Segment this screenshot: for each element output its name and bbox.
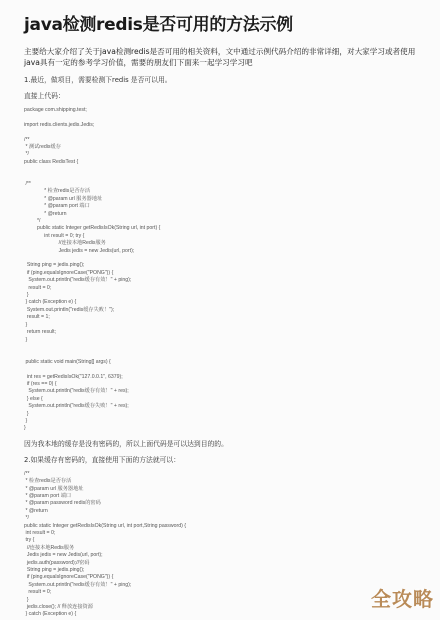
code-line: } (24, 411, 424, 418)
code-line: } (24, 322, 424, 329)
code-line: } (24, 597, 424, 604)
code-line: /** (24, 471, 424, 478)
code-line: } (24, 337, 424, 344)
code-line (24, 129, 424, 136)
code-line: result = 1; (24, 314, 424, 321)
code-block-2: /** * 检查redis是否存活 * @param url 服务器地址 * @… (24, 471, 424, 619)
code-line: } else { (24, 396, 424, 403)
code-line: package com.shipping.test; (24, 107, 424, 114)
code-line (24, 255, 424, 262)
code-line: } (24, 292, 424, 299)
code-line: public static Integer getRedisIsOk(Strin… (24, 225, 424, 232)
code-line (24, 366, 424, 373)
code-line: public static void main(String[] args) { (24, 359, 424, 366)
code-line: String ping = jedis.ping(); (24, 262, 424, 269)
code-line: */ (24, 218, 424, 225)
code-line: int result = 0; (24, 530, 424, 537)
code-line: result = 0; (24, 285, 424, 292)
code-line (24, 166, 424, 173)
code-line: * 检查redis是否存活 (24, 188, 424, 195)
code-line: System.out.println("redis缓存失败！"); (24, 307, 424, 314)
step-2-text: 2.如果缓存有密码的，直接使用下面的方法就可以： (24, 455, 424, 465)
code-line: * @return (24, 508, 424, 515)
code-line (24, 344, 424, 351)
code-line: System.out.println("redis缓存有效！" + ping); (24, 582, 424, 589)
code-line: String ping = jedis.ping(); (24, 567, 424, 574)
code-line: int res = getRedisIsOk("127.0.0.1", 6379… (24, 374, 424, 381)
code-line: public class RedisTest { (24, 159, 424, 166)
code-line: //连接本地Redis服务 (24, 240, 424, 247)
code-line: * 测试redis缓存 (24, 144, 424, 151)
article-intro: 主要给大家介绍了关于java检测redis是否可用的相关资料，文中通过示例代码介… (24, 46, 424, 68)
code-line: * @param url 服务器地址 (24, 486, 424, 493)
code-line: * @param port 端口 (24, 203, 424, 210)
code-line (24, 351, 424, 358)
note-text: 因为我本地的缓存是没有密码的，所以上面代码是可以达到目的的。 (24, 439, 424, 449)
code-line: } (24, 425, 424, 432)
code-line: * @param password redis的密码 (24, 500, 424, 507)
code-line: public static Integer getRedisIsOk(Strin… (24, 523, 424, 530)
code-line: try { (24, 537, 424, 544)
code-line: } catch (Exception e) { (24, 299, 424, 306)
code-line: /** (24, 137, 424, 144)
watermark-logo: 全攻略 (371, 583, 434, 612)
direct-code-label: 直接上代码： (24, 91, 424, 101)
step-1-text: 1.最近，做项目，需要检测下redis 是否可以用。 (24, 75, 424, 85)
code-line: } (24, 418, 424, 425)
code-line: * 检查redis是否存活 (24, 478, 424, 485)
code-line: Jedis jedis = new Jedis(url, port); (24, 248, 424, 255)
code-line: return result; (24, 329, 424, 336)
code-line (24, 114, 424, 121)
code-line: if (ping.equalsIgnoreCase("PONG")) { (24, 574, 424, 581)
article: java检测redis是否可用的方法示例 主要给大家介绍了关于java检测red… (24, 14, 424, 619)
code-line: */ (24, 151, 424, 158)
code-line: //连接本地Redis服务 (24, 545, 424, 552)
code-line: jedis.auth(password);//密码 (24, 560, 424, 567)
code-line: Jedis jedis = new Jedis(url, port); (24, 552, 424, 559)
code-line: System.out.println("redis缓存有效！" + res); (24, 388, 424, 395)
code-line: System.out.println("redis缓存有效！" + ping); (24, 277, 424, 284)
code-line: */ (24, 515, 424, 522)
code-block-1: package com.shipping.test;import redis.c… (24, 107, 424, 433)
code-line: result = 0; (24, 589, 424, 596)
code-line: * @return (24, 211, 424, 218)
code-line: System.out.println("redis缓存失败！" + res); (24, 403, 424, 410)
code-line: } catch (Exception e) { (24, 611, 424, 618)
code-line: import redis.clients.jedis.Jedis; (24, 122, 424, 129)
article-title: java检测redis是否可用的方法示例 (24, 14, 424, 36)
code-line: jedis.close(); // 释放连接资源 (24, 604, 424, 611)
code-line (24, 174, 424, 181)
